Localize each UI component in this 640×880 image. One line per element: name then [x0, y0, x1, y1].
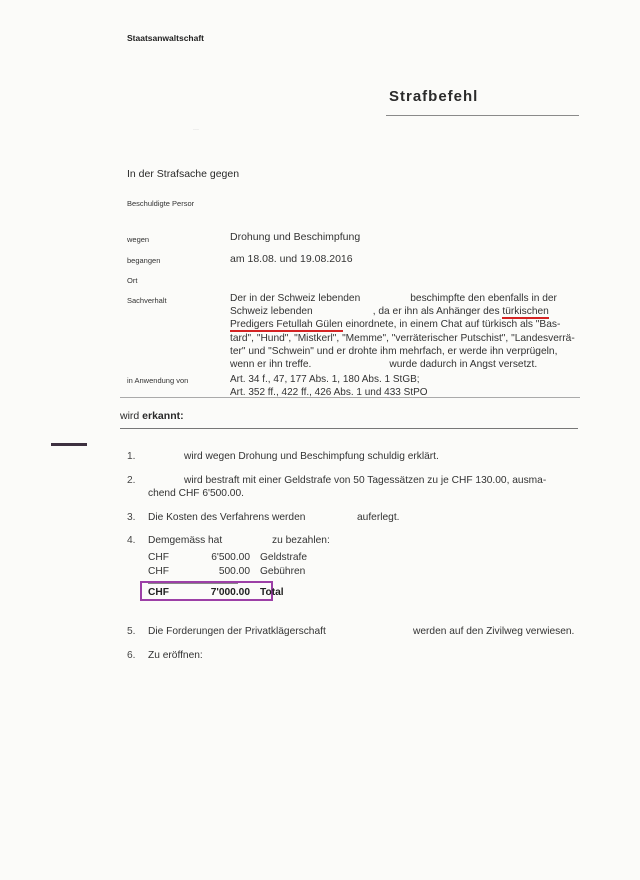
total-currency: CHF — [148, 587, 193, 598]
item-number: 1. — [127, 451, 136, 462]
document-title: Strafbefehl — [389, 88, 478, 105]
law-reference: Art. 34 f., 47, 177 Abs. 1, 180 Abs. 1 S… — [230, 374, 428, 387]
issuing-office: Staatsanwaltschaft — [127, 33, 204, 43]
item-text: Demgemäss hat — [148, 535, 222, 546]
margin-mark — [51, 443, 87, 446]
item-text: wird wegen Drohung und Beschimpfung schu… — [184, 451, 439, 462]
item-number: 3. — [127, 512, 136, 523]
place-label: Ort — [127, 276, 137, 285]
laws-list: Art. 34 f., 47, 177 Abs. 1, 180 Abs. 1 S… — [230, 374, 428, 399]
item-number: 5. — [127, 626, 136, 637]
facts-text: wenn er ihn treffe. — [230, 359, 311, 370]
item-text: Die Kosten des Verfahrens werden — [148, 512, 305, 523]
item-text: Zu eröffnen: — [148, 650, 203, 661]
facts-text: Der in der Schweiz lebenden — [230, 293, 360, 304]
item-text: zu bezahlen: — [272, 535, 330, 546]
highlight-underline: türkischen — [502, 306, 548, 319]
redacted-dots: ··· — [193, 127, 199, 133]
item-text: wird bestraft mit einer Geldstrafe von 5… — [184, 475, 546, 486]
facts-label: Sachverhalt — [127, 296, 167, 305]
item-text: Die Forderungen der Privatklägerschaft — [148, 626, 326, 637]
facts-text: ter" und "Schwein" und er drohte ihm meh… — [230, 345, 580, 358]
fee-amount: 500.00 — [193, 565, 260, 579]
item-text: werden auf den Zivilweg verwiesen. — [413, 626, 574, 637]
item-text: auferlegt. — [357, 512, 399, 523]
item-number: 4. — [127, 535, 136, 546]
highlight-underline: Predigers Fetullah Gülen — [230, 319, 343, 332]
item-text: chend CHF 6'500.00. — [148, 488, 244, 499]
facts-text: beschimpfte den ebenfalls in der — [410, 293, 557, 304]
section-divider — [120, 397, 580, 398]
charge-value: Drohung und Beschimpfung — [230, 231, 360, 243]
title-divider — [386, 115, 579, 116]
fee-currency: CHF — [148, 565, 193, 579]
verdict-heading: wird erkannt: — [120, 410, 184, 422]
item-number: 2. — [127, 475, 136, 486]
facts-text: wurde dadurch in Angst versetzt. — [389, 359, 537, 370]
total-divider — [148, 583, 238, 584]
facts-paragraph: Der in der Schweiz lebendenbeschimpfte d… — [230, 292, 580, 371]
fee-label: Gebühren — [260, 565, 307, 579]
item-number: 6. — [127, 650, 136, 661]
date-value: am 18.08. und 19.08.2016 — [230, 253, 353, 265]
fee-row: CHF 500.00 Gebühren — [148, 565, 307, 579]
facts-text: , da er ihn als Anhänger des — [373, 306, 500, 317]
fee-row: CHF 6'500.00 Geldstrafe — [148, 551, 307, 565]
charge-label: wegen — [127, 235, 149, 244]
fees-table: CHF 6'500.00 Geldstrafe CHF 500.00 Gebüh… — [148, 551, 307, 578]
facts-text: einordnete, in einem Chat auf türkisch a… — [343, 319, 561, 330]
total-amount: 7'000.00 — [193, 587, 260, 598]
total-row: CHF 7'000.00 Total — [148, 587, 284, 598]
case-intro: In der Strafsache gegen — [127, 168, 239, 180]
facts-text: tard", "Hund", "Mistkerl", "Memme", "ver… — [230, 332, 580, 345]
fee-label: Geldstrafe — [260, 551, 307, 565]
fee-currency: CHF — [148, 551, 193, 565]
verdict-divider — [120, 428, 578, 429]
fee-amount: 6'500.00 — [193, 551, 260, 565]
total-label: Total — [260, 587, 284, 598]
laws-label: in Anwendung von — [127, 376, 188, 385]
date-label: begangen — [127, 256, 160, 265]
accused-label: Beschuldigte Persor — [127, 199, 194, 208]
facts-text: Schweiz lebenden — [230, 306, 313, 317]
